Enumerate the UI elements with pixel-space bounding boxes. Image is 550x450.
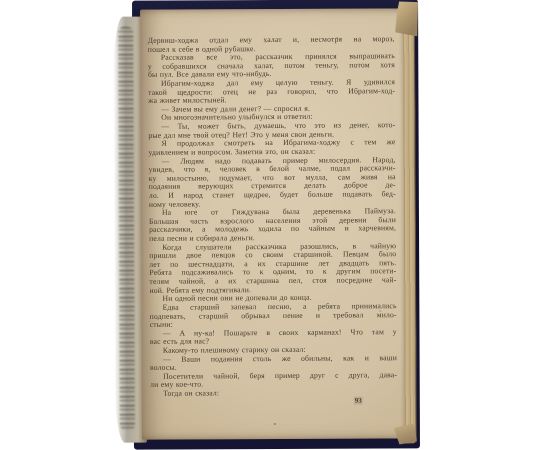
book-photo: Дервиш-ходжа отдал ему халат и, несмотря… bbox=[0, 0, 550, 450]
page-number: 93 bbox=[354, 397, 363, 405]
page-text: Дервиш-ходжа отдал ему халат и, несмотря… bbox=[148, 35, 398, 398]
book-page: Дервиш-ходжа отдал ему халат и, несмотря… bbox=[140, 8, 405, 439]
paper-speck bbox=[274, 423, 276, 425]
worn-corner-top bbox=[395, 1, 418, 36]
book: Дервиш-ходжа отдал ему халат и, несмотря… bbox=[0, 0, 550, 450]
paper-speck bbox=[379, 311, 381, 312]
left-page-text-blur bbox=[118, 27, 135, 431]
paper-speck bbox=[336, 37, 338, 39]
